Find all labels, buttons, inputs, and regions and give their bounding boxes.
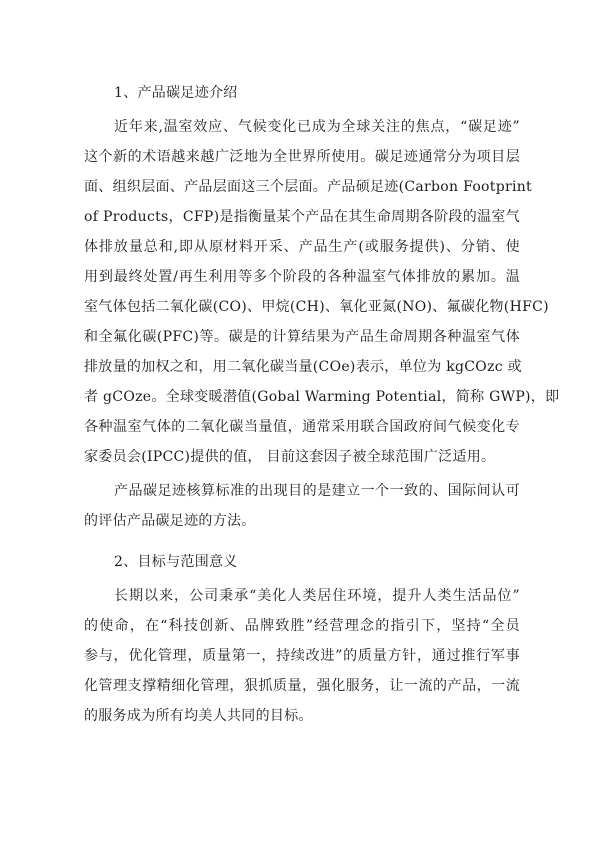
- text-line: 家委员会(IPCC)提供的值， 目前这套因子被全球范围广泛适用。: [84, 442, 520, 472]
- text-line: 室气体包括二氧化碳(CO)、甲烷(CH)、氧化亚氮(NO)、氟碳化物(HFC): [84, 292, 520, 322]
- paragraph: 产品碳足迹核算标准的出现目的是建立一个一致的、国际间认可的评估产品碳足迹的方法。: [84, 476, 520, 536]
- text-line: 体排放量总和,即从原材料开采、产品生产(或服务提供)、分销、使: [84, 232, 520, 262]
- text-line: 的服务成为所有均美人共同的目标。: [84, 701, 520, 731]
- text-line: 参与，优化管理，质量第一，持续改进”的质量方针，通过推行军事: [84, 641, 520, 671]
- text-line: 产品碳足迹核算标准的出现目的是建立一个一致的、国际间认可: [84, 476, 520, 506]
- text-line: 用到最终处置/再生利用等多个阶段的各种温室气体排放的累加。温: [84, 262, 520, 292]
- text-line: 化管理支撑精细化管理，狠抓质量，强化服务，让一流的产品，一流: [84, 671, 520, 701]
- text-line: 长期以来，公司秉承“美化人类居住环境，提升人类生活品位”: [84, 581, 520, 611]
- text-line: 这个新的术语越来越广泛地为全世界所使用。碳足迹通常分为项目层: [84, 142, 520, 172]
- text-line: 近年来,温室效应、气候变化已成为全球关注的焦点，“碳足迹”: [84, 112, 520, 142]
- text-line: 排放量的加权之和，用二氧化碳当量(COe)表示，单位为 kgCOzc 或: [84, 352, 520, 382]
- document-page: 1、产品碳足迹介绍近年来,温室效应、气候变化已成为全球关注的焦点，“碳足迹”这个…: [0, 0, 600, 848]
- paragraph: 长期以来，公司秉承“美化人类居住环境，提升人类生活品位”的使命，在“科技创新、品…: [84, 581, 520, 731]
- text-line: 各种温室气体的二氧化碳当量值，通常采用联合国政府间气候变化专: [84, 412, 520, 442]
- document-body: 1、产品碳足迹介绍近年来,温室效应、气候变化已成为全球关注的焦点，“碳足迹”这个…: [84, 78, 520, 731]
- text-line: 2、目标与范围意义: [84, 547, 520, 577]
- section-heading: 2、目标与范围意义: [84, 547, 520, 577]
- text-line: 的评估产品碳足迹的方法。: [84, 506, 520, 536]
- text-line: 1、产品碳足迹介绍: [84, 78, 520, 108]
- text-line: 面、组织层面、产品层面这三个层面。产品硕足迹(Carbon Footprint: [84, 172, 520, 202]
- text-line: 者 gCOze。全球变暖潜值(Gobal Warming Potential，简…: [84, 382, 520, 412]
- text-line: 的使命，在“科技创新、品牌致胜”经营理念的指引下，坚持“全员: [84, 611, 520, 641]
- paragraph: 近年来,温室效应、气候变化已成为全球关注的焦点，“碳足迹”这个新的术语越来越广泛…: [84, 112, 520, 472]
- section-heading: 1、产品碳足迹介绍: [84, 78, 520, 108]
- text-line: 和全氟化碳(PFC)等。碳是的计算结果为产品生命周期各种温室气体: [84, 322, 520, 352]
- text-line: of Products，CFP)是指衡量某个产品在其生命周期各阶段的温室气: [84, 202, 520, 232]
